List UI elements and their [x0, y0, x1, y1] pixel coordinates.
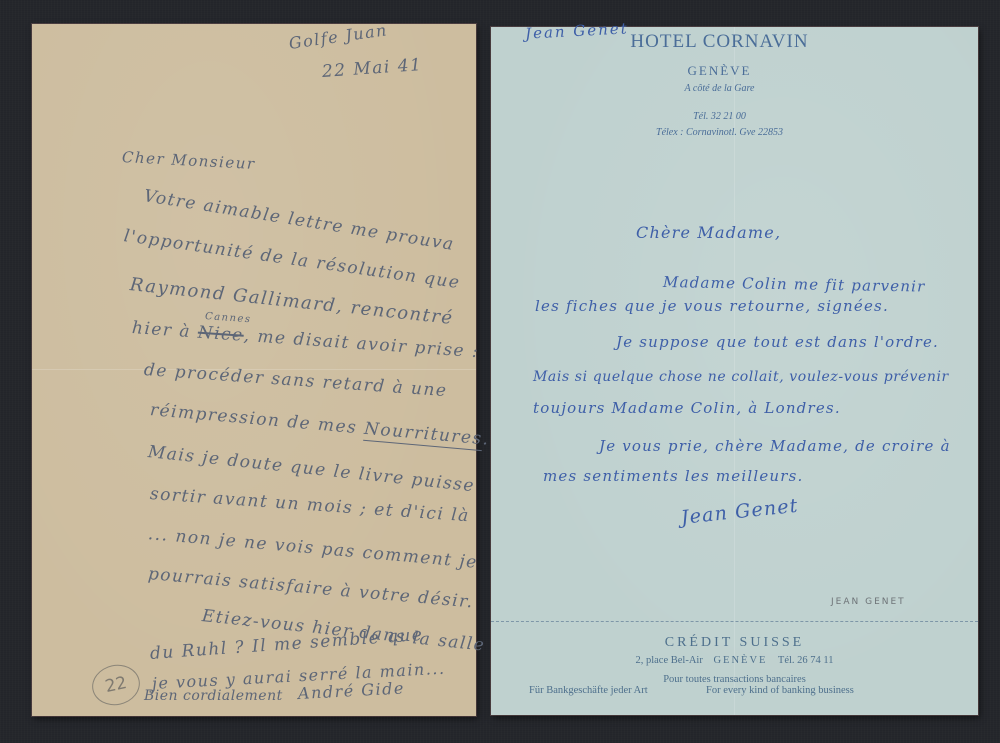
letter-salutation: Chère Madame,	[636, 223, 781, 242]
letter-closing: Bien cordialement	[144, 688, 283, 704]
letter-line: ... non je ne vois pas comment je	[147, 524, 478, 573]
correction: Nice Cannes	[197, 323, 244, 346]
struck-word: Nice	[197, 323, 244, 346]
letterhead-tel: Tél. 32 21 00	[461, 111, 978, 122]
letterhead-subtitle: A côté de la Gare	[461, 83, 978, 94]
letterhead-city: GENÈVE	[461, 63, 978, 79]
letter-line: toujours Madame Colin, à Londres.	[533, 399, 841, 417]
line-text: hier à	[131, 318, 191, 342]
letter-line: Madame Colin me fit parvenir	[663, 273, 926, 296]
underlined-title: Nourritures	[363, 419, 483, 451]
bank-tagline-fr: Pour toutes transactions bancaires	[491, 674, 978, 685]
bank-tagline-de: Für Bankgeschäfte jeder Art	[529, 685, 648, 696]
bank-city: GENÈVE	[713, 655, 767, 666]
perforation-line	[491, 621, 978, 622]
bank-address: 2, place Bel-Air	[635, 655, 702, 666]
letter-line: pourrais satisfaire à votre désir.	[147, 564, 474, 612]
line-text: , me disait avoir prise :	[243, 326, 480, 362]
letter-place: Golfe Juan	[288, 20, 389, 53]
letter-salutation: Cher Monsieur	[122, 148, 256, 173]
bank-name: CRÉDIT SUISSE	[491, 635, 978, 651]
bank-tagline-en: For every kind of banking business	[706, 685, 854, 696]
letter-andre-gide: Golfe Juan 22 Mai 41 Cher Monsieur Votre…	[32, 24, 476, 716]
letter-line: les fiches que je vous retourne, signées…	[535, 297, 889, 315]
printed-name: JEAN GENET	[831, 597, 906, 607]
letterhead-hotel-name: HOTEL CORNAVIN	[461, 31, 978, 53]
letter-line: Je vous prie, chère Madame, de croire à	[599, 437, 951, 455]
letter-line: mes sentiments les meilleurs.	[543, 467, 804, 485]
line-text: réimpression de mes	[149, 400, 358, 438]
letter-date: 22 Mai 41	[321, 55, 423, 82]
letterhead-telex: Télex : Cornavinotl. Gve 22853	[461, 127, 978, 138]
letter-signature: Jean Genet	[680, 495, 800, 529]
letter-line: réimpression de mes Nourritures.	[149, 400, 490, 450]
letter-line: Mais si quelque chose ne collait, voulez…	[533, 369, 949, 385]
letter-line: Je suppose que tout est dans l'ordre.	[616, 333, 939, 351]
bank-address-line: 2, place Bel-Air GENÈVE Tél. 26 74 11	[491, 655, 978, 666]
archive-number-circle: 22	[88, 660, 143, 709]
archive-number: 22	[103, 673, 128, 697]
letter-line: de procéder sans retard à une	[143, 360, 448, 401]
letter-jean-genet: Jean Genet HOTEL CORNAVIN GENÈVE A côté …	[491, 27, 978, 715]
bank-tel: Tél. 26 74 11	[778, 655, 834, 666]
